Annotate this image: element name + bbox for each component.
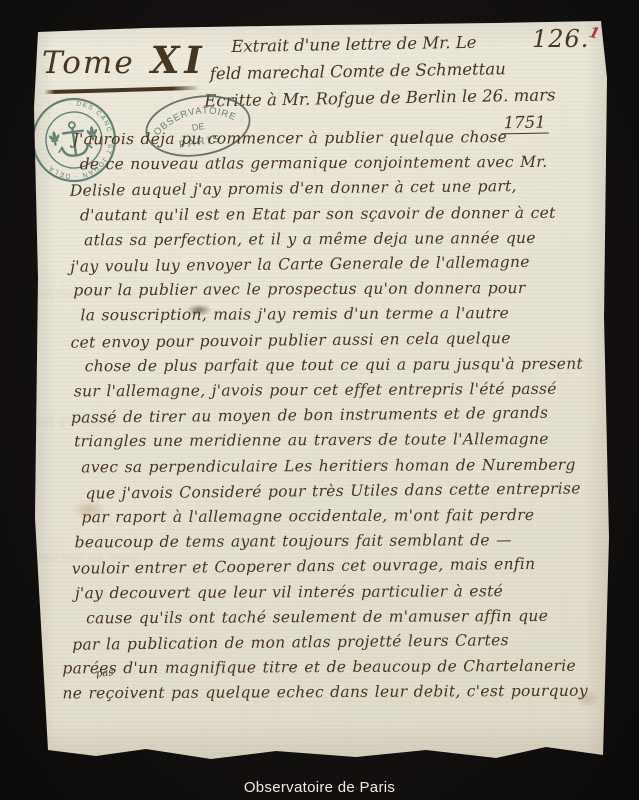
body-line: parées d'un magnifique titre et de beauc…: [62, 654, 591, 682]
interline-insertion: pas: [95, 667, 114, 680]
body-line: pour la publier avec le prospectus qu'on…: [73, 276, 589, 304]
tome-numeral: XI: [151, 38, 207, 82]
body-line: J'aurois deja pu commencer à publier que…: [72, 125, 588, 153]
body-line: la souscription, mais j'ay remis d'un te…: [80, 301, 589, 329]
tome-heading: TomeXI: [42, 38, 207, 82]
fleur-de-lis-icon: [48, 131, 62, 147]
tome-label: Tome: [42, 45, 135, 81]
body-line: avec sa perpendiculaire Les heritiers ho…: [81, 452, 590, 480]
body-line: que j'avois Consideré pour très Utiles d…: [85, 476, 590, 506]
photo-caption: Observatoire de Paris: [0, 779, 639, 796]
manuscript-page: atlas sa perfection, et il y a même deja…: [26, 18, 614, 766]
body-line: triangles une meridienne au travers de t…: [74, 427, 590, 455]
body-line: cet envoy pour pouvoir publier aussi en …: [70, 325, 589, 356]
photo-backdrop: atlas sa perfection, et il y a même deja…: [0, 0, 639, 800]
body-line: j'ay decouvert que leur vil interés part…: [75, 578, 591, 606]
body-line: d'autant qu'il est en Etat par son sçavo…: [80, 200, 589, 228]
letter-body: J'aurois deja pu commencer à publier que…: [72, 125, 591, 707]
body-line: chose de plus parfait que tout ce qui a …: [85, 351, 590, 379]
body-line: ne reçoivent pas quelque echec dans leur…: [62, 679, 591, 707]
body-line: par raport à l'allemagne occidentale, m'…: [81, 503, 590, 531]
